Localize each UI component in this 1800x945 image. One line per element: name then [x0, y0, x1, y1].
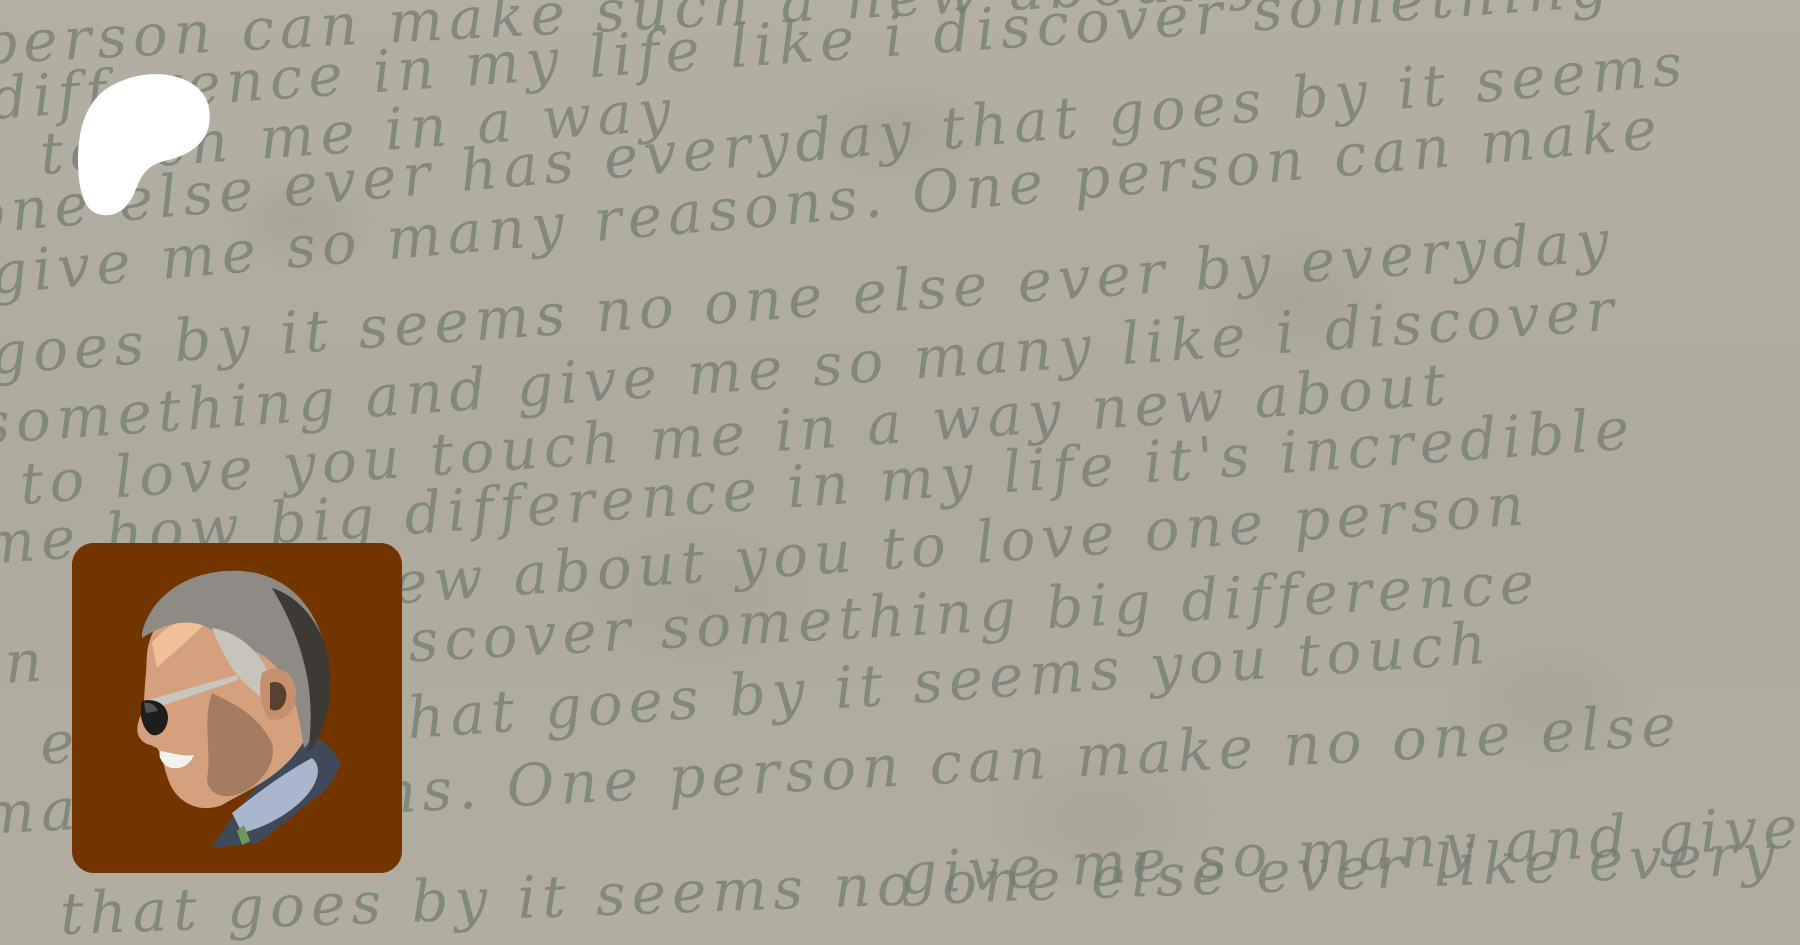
handwriting-line: difference in my life like i discover so…: [0, 0, 1616, 133]
handwriting-line: give me so many reasons. One person can …: [0, 94, 1665, 308]
handwriting-line: one else ever has everyday that goes by …: [0, 30, 1691, 248]
handwriting-line: give me so many and give me: [898, 786, 1800, 908]
portrait-illustration-icon: [72, 543, 402, 873]
handwriting-line: something and give me so many like i dis…: [0, 275, 1622, 457]
handwriting-line: to love you touch me in a way new about: [18, 350, 1454, 518]
patreon-logo-icon: [76, 70, 211, 218]
handwriting-line: goes by it seems no one else ever by eve…: [0, 207, 1617, 388]
creator-avatar[interactable]: [72, 543, 402, 873]
handwriting-line: person can make such a new about you to …: [0, 0, 1618, 78]
share-card: person can make such a new about you to …: [0, 0, 1800, 945]
patreon-logo-shape: [76, 70, 211, 218]
